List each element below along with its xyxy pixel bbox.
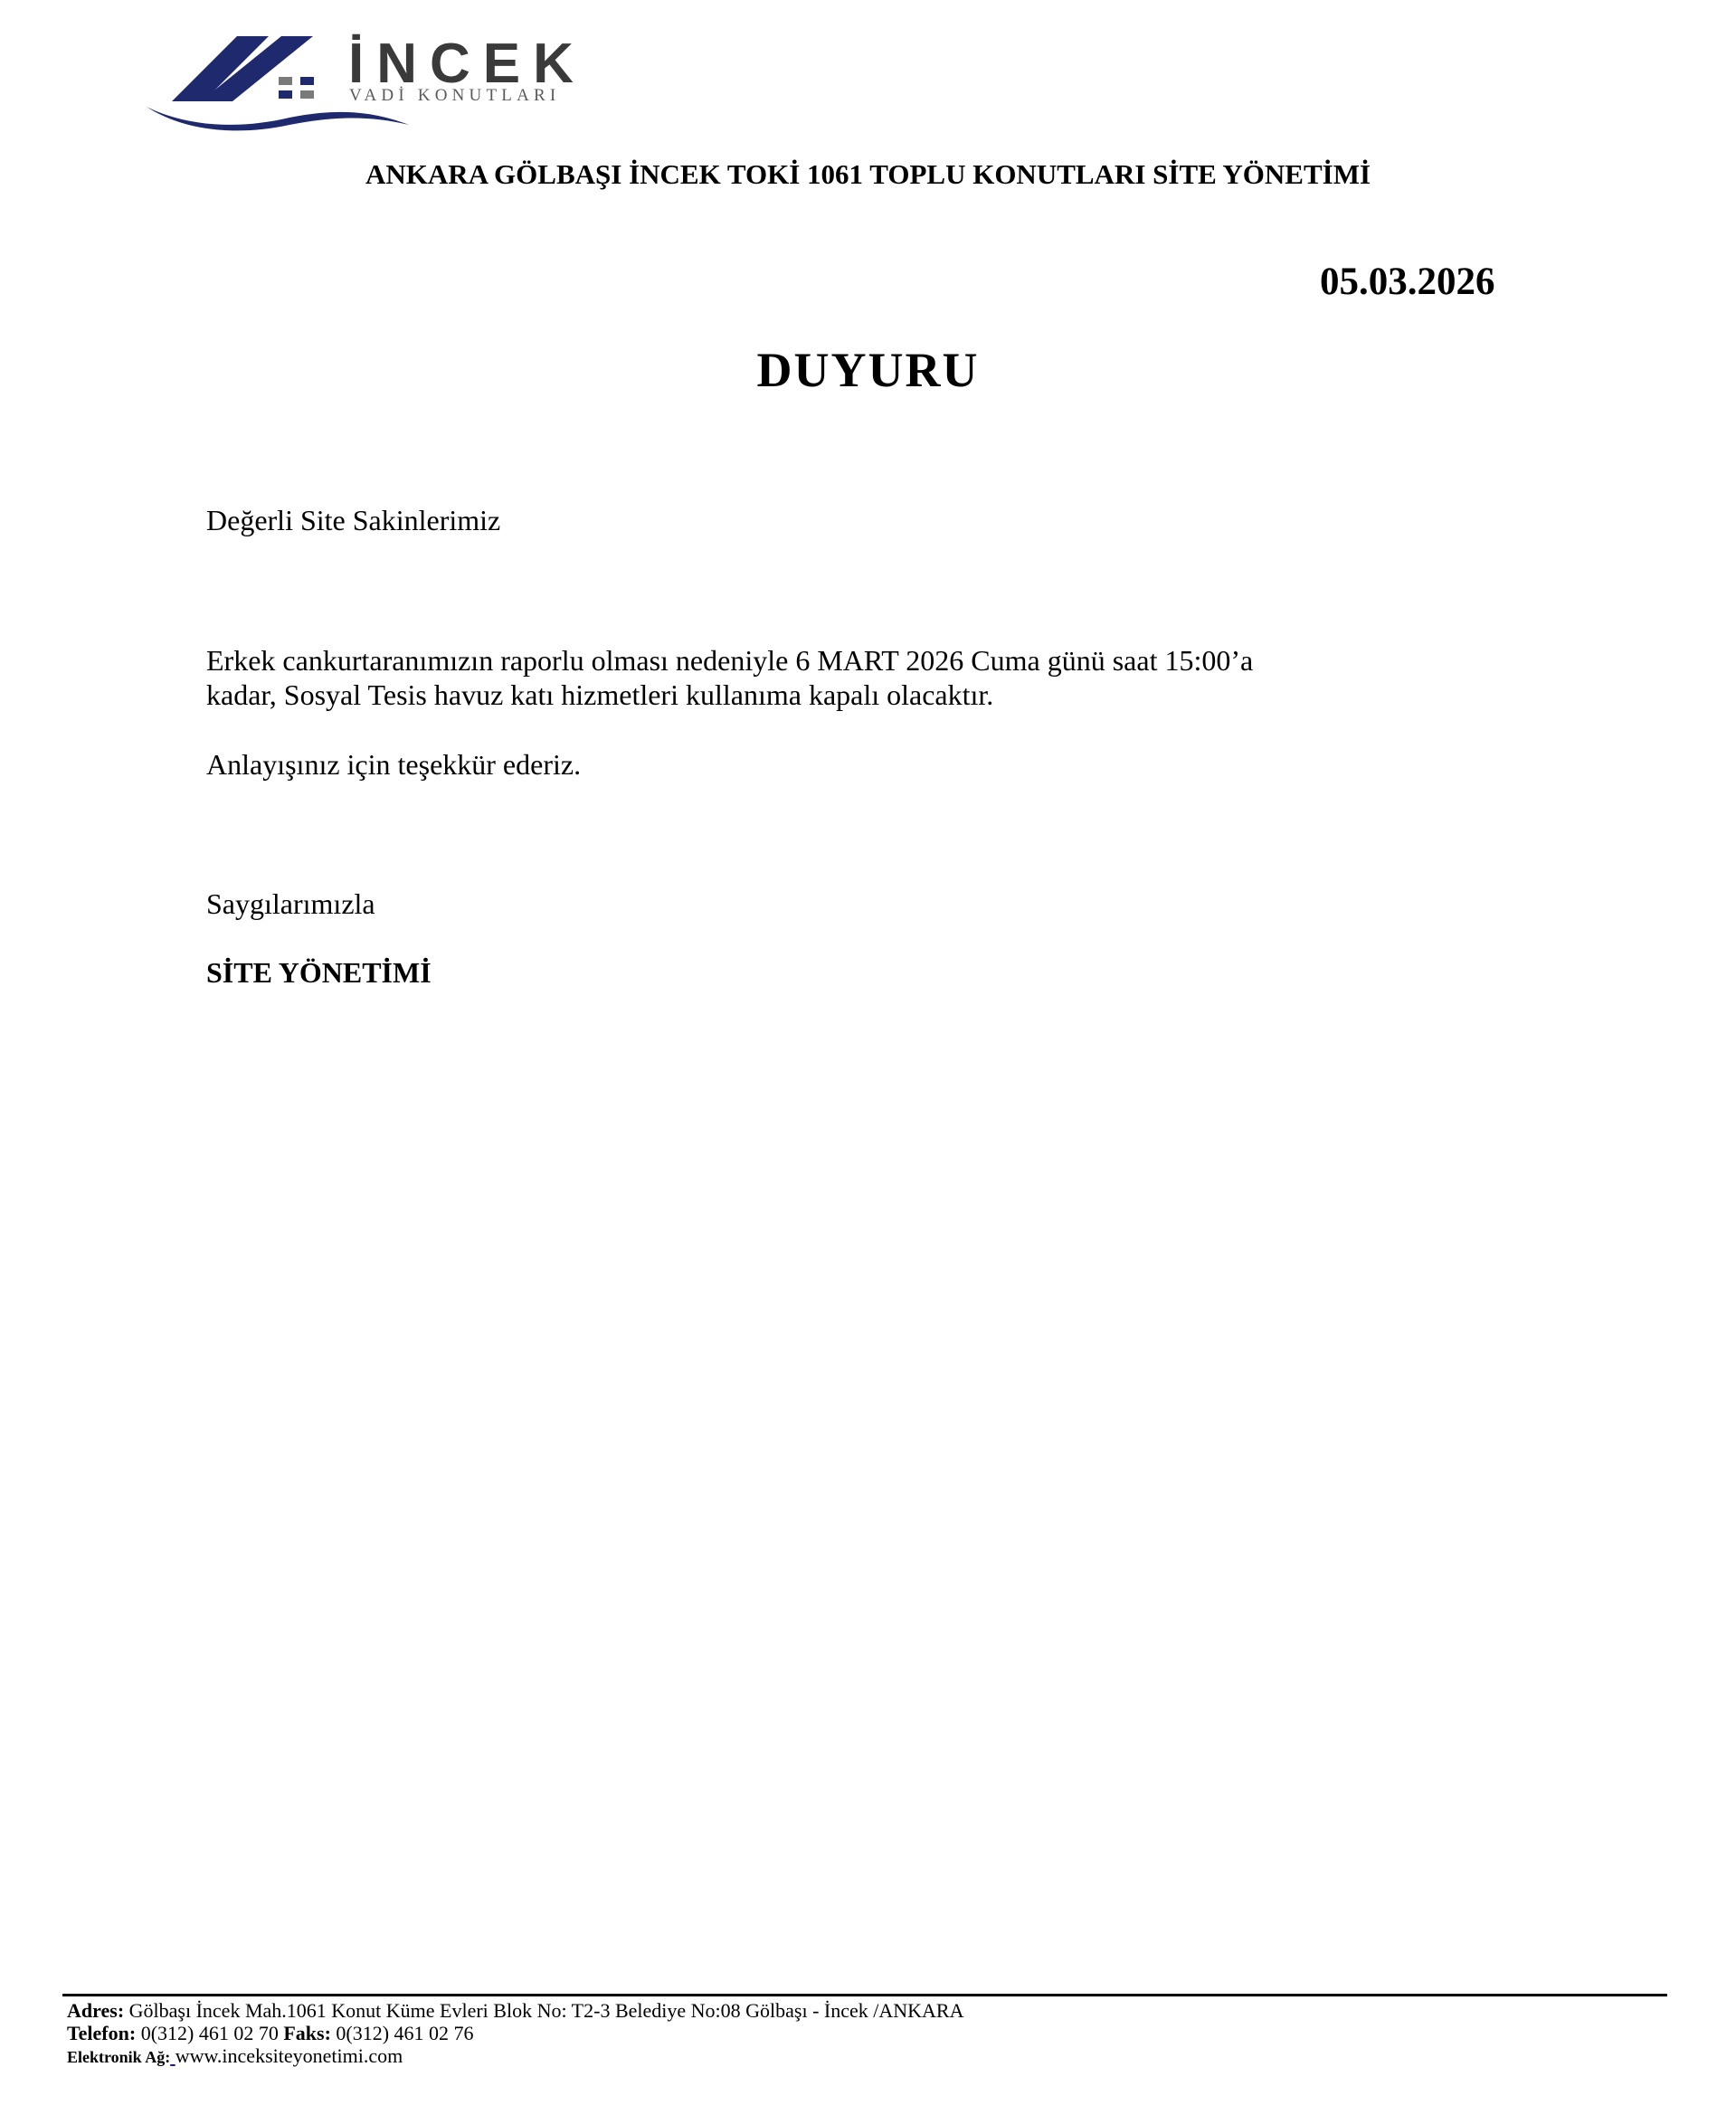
signature: SİTE YÖNETİMİ bbox=[206, 955, 432, 990]
thanks-text: Anlayışınız için teşekkür ederiz. bbox=[206, 747, 581, 782]
fax-label: Faks: bbox=[283, 2022, 331, 2044]
footer-address: Adres: Gölbaşı İncek Mah.1061 Konut Küme… bbox=[67, 1999, 964, 2022]
address-value: Gölbaşı İncek Mah.1061 Konut Küme Evleri… bbox=[124, 1999, 963, 2022]
company-logo: İNCEK VADİ KONUTLARI bbox=[136, 27, 606, 136]
logo-main-text: İNCEK bbox=[348, 36, 586, 92]
closing-text: Saygılarımızla bbox=[206, 887, 375, 921]
document-date: 05.03.2026 bbox=[1320, 262, 1495, 301]
paragraph-line-2: kadar, Sosyal Tesis havuz katı hizmetler… bbox=[206, 678, 1563, 712]
announcement-paragraph: Erkek cankurtaranımızın raporlu olması n… bbox=[206, 643, 1563, 712]
web-link[interactable]: www.inceksiteyonetimi.com bbox=[175, 2044, 403, 2067]
greeting: Değerli Site Sakinlerimiz bbox=[206, 503, 500, 537]
footer-divider bbox=[62, 1994, 1667, 1996]
phone-label: Telefon: bbox=[67, 2022, 136, 2044]
phone-value: 0(312) 461 02 70 bbox=[136, 2022, 283, 2044]
web-label: Elektronik Ağ: bbox=[67, 2048, 170, 2066]
fax-value: 0(312) 461 02 76 bbox=[331, 2022, 474, 2044]
footer-web: Elektronik Ağ: www.inceksiteyonetimi.com bbox=[67, 2044, 964, 2069]
document-heading: DUYURU bbox=[0, 346, 1736, 394]
paragraph-line-1: Erkek cankurtaranımızın raporlu olması n… bbox=[206, 643, 1563, 678]
organization-title: ANKARA GÖLBAŞI İNCEK TOKİ 1061 TOPLU KON… bbox=[0, 160, 1736, 188]
address-label: Adres: bbox=[67, 1999, 124, 2022]
footer-phone-fax: Telefon: 0(312) 461 02 70 Faks: 0(312) 4… bbox=[67, 2022, 964, 2044]
logo-sub-text: VADİ KONUTLARI bbox=[349, 87, 560, 104]
footer-contact: Adres: Gölbaşı İncek Mah.1061 Konut Küme… bbox=[67, 1999, 964, 2069]
